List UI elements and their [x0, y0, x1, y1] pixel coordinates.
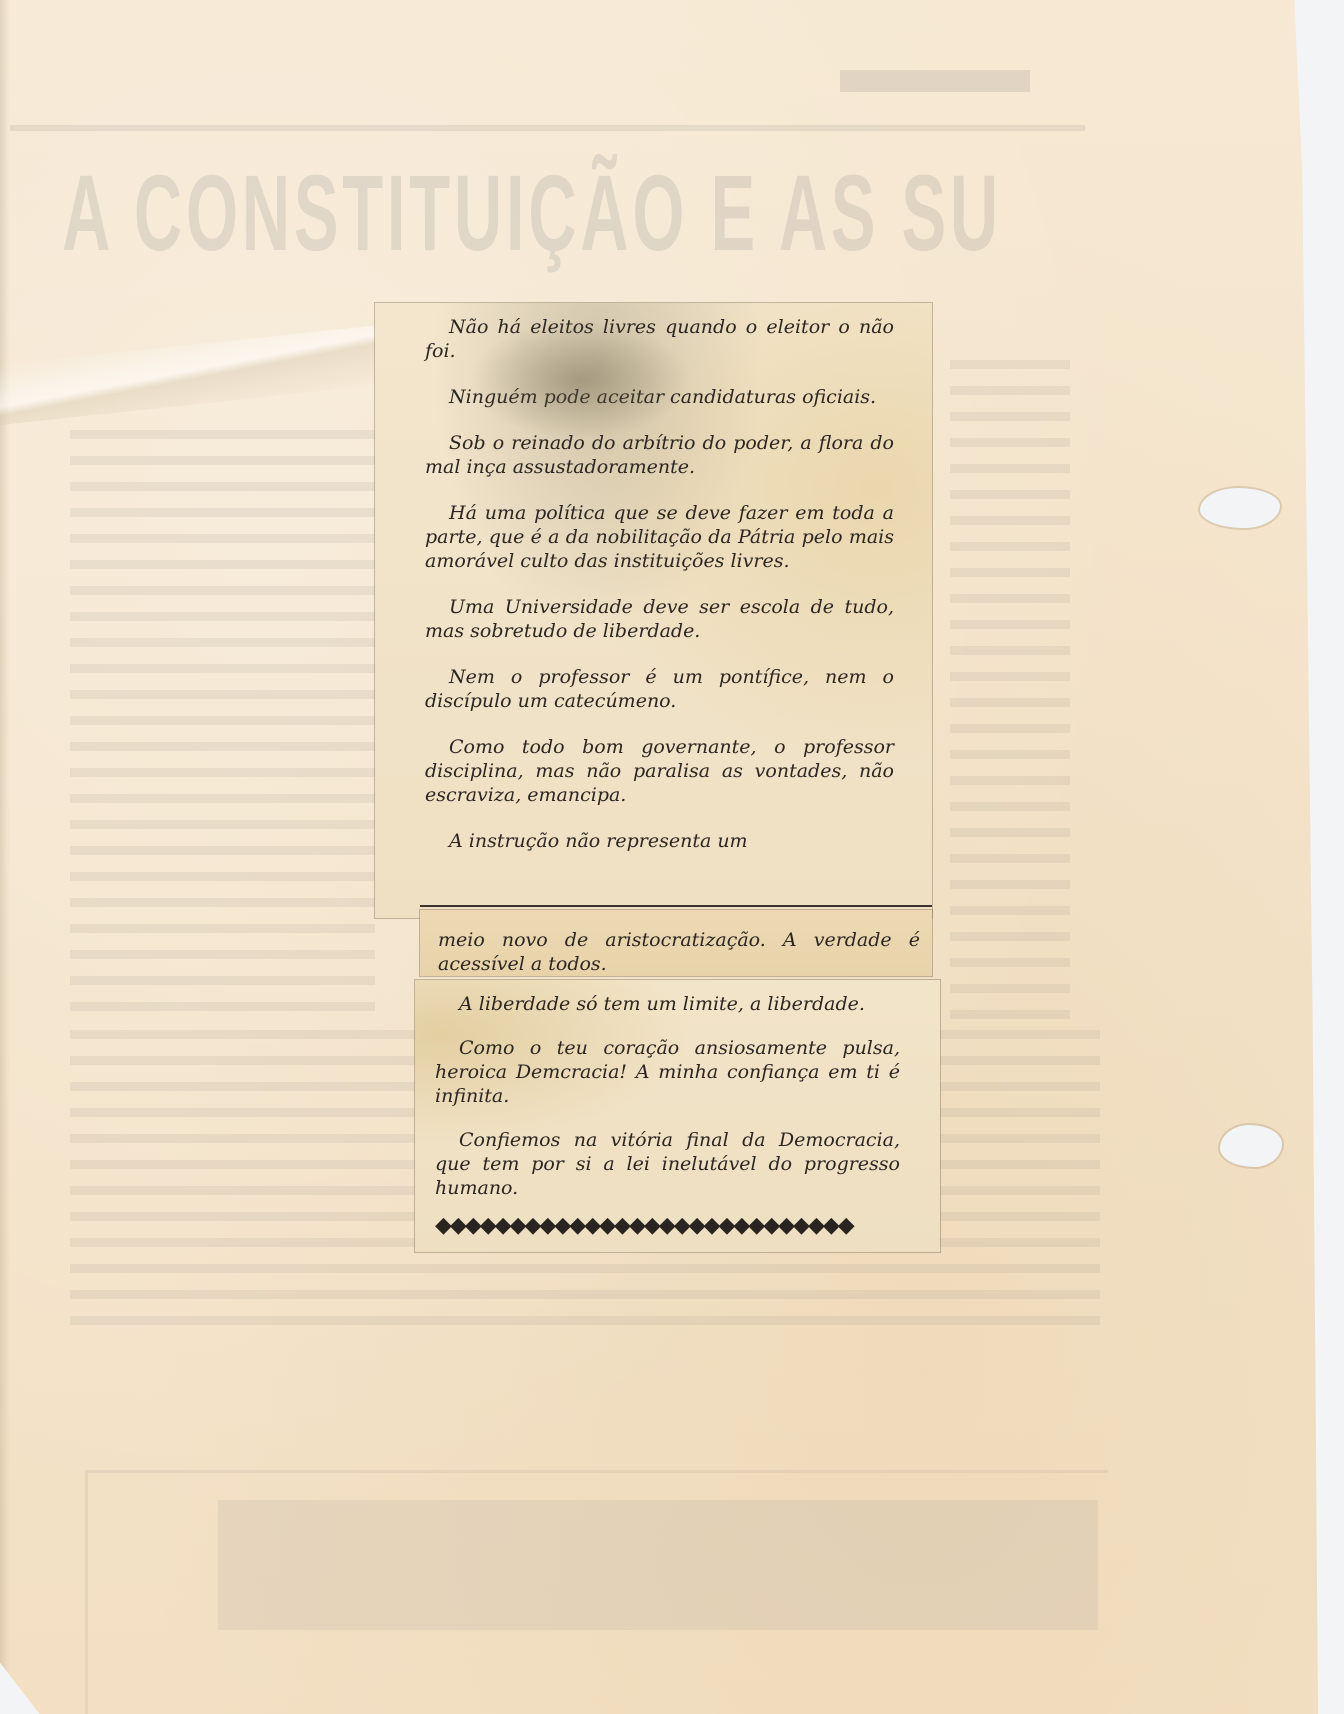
paper-edge-shadow	[0, 0, 10, 1714]
clipping-paragraph: A liberdade só tem um limite, a liberdad…	[435, 992, 900, 1016]
punch-hole-bottom	[1220, 1125, 1282, 1167]
clipping-piece-1: Não há eleitos livres quando o eleitor o…	[375, 303, 932, 918]
clipping-paragraph: Uma Universidade deve ser escola de tudo…	[425, 595, 894, 643]
clipping-paragraph: Ninguém pode aceitar candidaturas oficia…	[425, 385, 894, 409]
clipping-paragraph: Confiemos na vitória final da Democracia…	[435, 1128, 900, 1200]
clipping-paragraph: Sob o reinado do arbítrio do poder, a fl…	[425, 431, 894, 479]
bleed-through-headline: A CONSTITUIÇÃO E AS SU	[62, 150, 1002, 275]
clipping-paragraph: meio novo de aristocratização. A verdade…	[438, 928, 920, 976]
clipping-paragraph: Como todo bom governante, o professor di…	[425, 735, 894, 807]
clipping-paragraph: Nem o professor é um pontífice, nem o di…	[425, 665, 894, 713]
clipping-cut-line	[420, 905, 932, 907]
bleed-through-kicker	[840, 70, 1030, 92]
clipping-piece-3: A liberdade só tem um limite, a liberdad…	[415, 980, 940, 1252]
ornamental-divider: ◆◆◆◆◆◆◆◆◆◆◆◆◆◆◆◆◆◆◆◆◆◆◆◆◆◆◆◆	[435, 1214, 900, 1238]
punch-hole-top	[1200, 488, 1280, 528]
paper-crease	[0, 325, 380, 425]
clipping-paragraph: A instrução não representa um	[425, 829, 894, 853]
clipping-paragraph: Há uma política que se deve fazer em tod…	[425, 501, 894, 573]
bleed-through-column-left	[70, 430, 375, 1020]
clipping-piece-2: meio novo de aristocratização. A verdade…	[420, 910, 932, 976]
bleed-through-rule	[10, 125, 1085, 131]
clipping-paragraph: Não há eleitos livres quando o eleitor o…	[425, 315, 894, 363]
clipping-paragraph: Como o teu coração ansiosamente pulsa, h…	[435, 1036, 900, 1108]
bleed-through-column-right	[950, 360, 1070, 1020]
bleed-through-banner	[218, 1500, 1098, 1630]
